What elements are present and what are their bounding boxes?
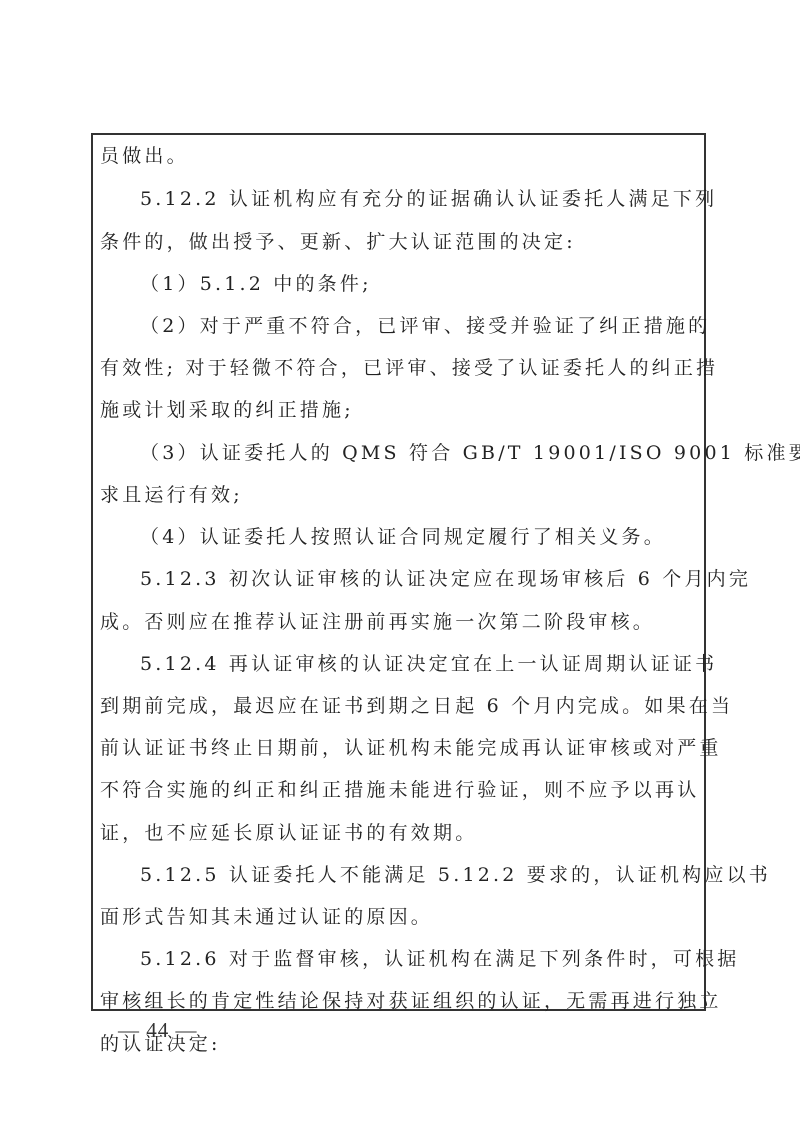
clause-5-12-3-line-2: 成。否则应在推荐认证注册前再实施一次第二阶段审核。	[100, 602, 655, 642]
clause-5-12-4-line-5: 证，也不应延长原认证证书的有效期。	[100, 813, 477, 853]
clause-5-12-6-line-1: 5.12.6 对于监督审核，认证机构在满足下列条件时，可根据	[140, 939, 739, 979]
condition-2-line-1: （2）对于严重不符合，已评审、接受并验证了纠正措施的	[140, 306, 710, 346]
clause-5-12-4-line-3: 前认证证书终止日期前，认证机构未能完成再认证审核或对严重	[100, 728, 722, 768]
page-number: — 44 —	[118, 1018, 198, 1043]
condition-1: （1）5.1.2 中的条件;	[140, 264, 372, 304]
clause-5-12-3-line-1: 5.12.3 初次认证审核的认证决定应在现场审核后 6 个月内完	[140, 559, 751, 599]
clause-5-12-2-line-1: 5.12.2 认证机构应有充分的证据确认认证委托人满足下列	[140, 179, 717, 219]
clause-5-12-2-line-2: 条件的，做出授予、更新、扩大认证范围的决定:	[100, 222, 576, 262]
clause-5-12-4-line-4: 不符合实施的纠正和纠正措施未能进行验证，则不应予以再认	[100, 770, 699, 810]
text-line: 员做出。	[100, 136, 189, 176]
clause-5-12-4-line-1: 5.12.4 再认证审核的认证决定宜在上一认证周期认证证书	[140, 644, 717, 684]
condition-3-line-1: （3）认证委托人的 QMS 符合 GB/T 19001/ISO 9001 标准要	[140, 433, 800, 473]
clause-5-12-6-line-2: 审核组长的肯定性结论保持对获证组织的认证，无需再进行独立	[100, 981, 722, 1021]
condition-4: （4）认证委托人按照认证合同规定履行了相关义务。	[140, 517, 666, 557]
condition-3-line-2: 求且运行有效;	[100, 475, 243, 515]
clause-5-12-5-line-2: 面形式告知其未通过认证的原因。	[100, 897, 433, 937]
clause-5-12-4-line-2: 到期前完成，最迟应在证书到期之日起 6 个月内完成。如果在当	[100, 686, 733, 726]
condition-2-line-2: 有效性; 对于轻微不符合，已评审、接受了认证委托人的纠正措	[100, 348, 718, 388]
clause-5-12-5-line-1: 5.12.5 认证委托人不能满足 5.12.2 要求的，认证机构应以书	[140, 855, 771, 895]
condition-2-line-3: 施或计划采取的纠正措施;	[100, 390, 354, 430]
